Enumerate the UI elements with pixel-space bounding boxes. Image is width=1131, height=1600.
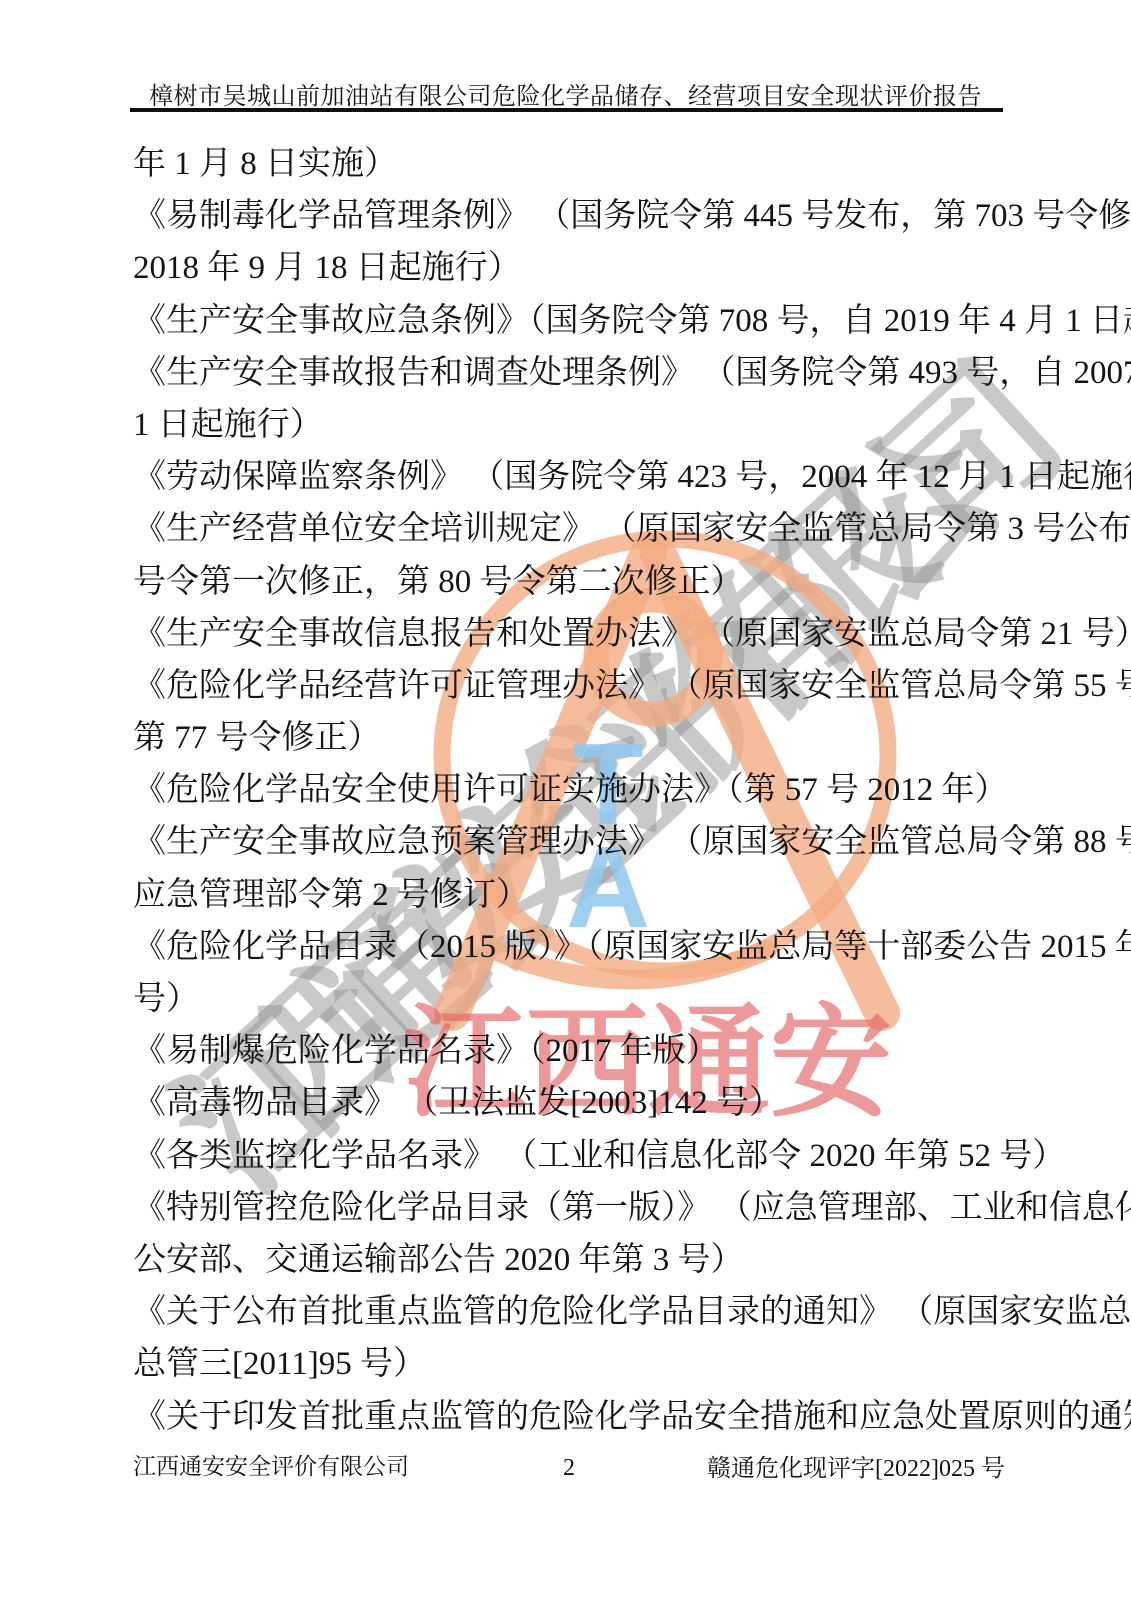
body-line: 《关于公布首批重点监管的危险化学品目录的通知》 （原国家安监总局安监	[133, 1286, 1013, 1338]
body-line: 年 1 月 8 日实施）	[133, 138, 1013, 190]
body-line: 号令第一次修正，第 80 号令第二次修正）	[133, 556, 1013, 608]
page-content: 樟树市吴城山前加油站有限公司危险化学品储存、经营项目安全现状评价报告 年 1 月…	[0, 0, 1131, 1600]
page-header-title: 樟树市吴城山前加油站有限公司危险化学品储存、经营项目安全现状评价报告	[0, 76, 1131, 111]
body-line: 1 日起施行）	[133, 399, 1013, 451]
body-line: 《危险化学品目录（2015 版）》（原国家安监总局等十部委公告 2015 年第 …	[133, 921, 1013, 973]
body-text: 年 1 月 8 日实施）《易制毒化学品管理条例》 （国务院令第 445 号发布，…	[133, 138, 1013, 1443]
body-line: 《各类监控化学品名录》 （工业和信息化部令 2020 年第 52 号）	[133, 1130, 1013, 1182]
body-line: 2018 年 9 月 18 日起施行）	[133, 242, 1013, 294]
body-line: 公安部、交通运输部公告 2020 年第 3 号）	[133, 1234, 1013, 1286]
body-line: 《关于印发首批重点监管的危险化学品安全措施和应急处置原则的通知》（原	[133, 1391, 1013, 1443]
body-line: 《易制毒化学品管理条例》 （国务院令第 445 号发布，第 703 号令修改，自	[133, 190, 1013, 242]
body-line: 《生产安全事故应急预案管理办法》 （原国家安全监管总局令第 88 号发布，	[133, 816, 1013, 868]
body-line: 《生产安全事故应急条例》（国务院令第 708 号，自 2019 年 4 月 1 …	[133, 295, 1013, 347]
body-line: 应急管理部令第 2 号修订）	[133, 869, 1013, 921]
body-line: 《生产安全事故报告和调查处理条例》 （国务院令第 493 号，自 2007 年 …	[133, 347, 1013, 399]
body-line: 号）	[133, 973, 1013, 1025]
footer-doc-number: 赣通危化现评字[2022]025 号	[707, 1448, 1005, 1483]
header-rule	[130, 108, 1003, 112]
body-line: 第 77 号令修正）	[133, 712, 1013, 764]
body-line: 《特别管控危险化学品目录（第一版）》 （应急管理部、工业和信息化部、	[133, 1182, 1013, 1234]
body-line: 《易制爆危险化学品名录》（2017 年版）	[133, 1025, 1013, 1077]
body-line: 《危险化学品安全使用许可证实施办法》（第 57 号 2012 年）	[133, 764, 1013, 816]
body-line: 《生产安全事故信息报告和处置办法》 （原国家安监总局令第 21 号）	[133, 608, 1013, 660]
body-line: 《劳动保障监察条例》 （国务院令第 423 号，2004 年 12 月 1 日起…	[133, 451, 1013, 503]
body-line: 《危险化学品经营许可证管理办法》 （原国家安全监管总局令第 55 号公布，	[133, 660, 1013, 712]
body-line: 总管三[2011]95 号）	[133, 1338, 1013, 1390]
document-page: 江西通安安全评价有限公司 T A 江西通安 樟树市吴城山前加油站有限公司危险化学…	[0, 0, 1131, 1600]
body-line: 《高毒物品目录》 （卫法监发[2003]142 号）	[133, 1077, 1013, 1129]
body-line: 《生产经营单位安全培训规定》 （原国家安全监管总局令第 3 号公布，第 63	[133, 503, 1013, 555]
